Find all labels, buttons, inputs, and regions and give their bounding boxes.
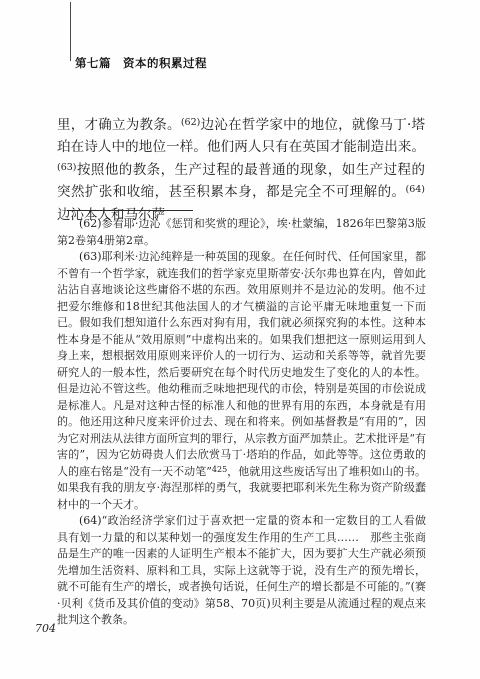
running-header: 第七篇 资本的积累过程 — [75, 55, 207, 71]
footnote-63: (63)耶利米·边沁纯粹是一种英国的现象。在任何时代、任何国家里，都不曾有一个哲… — [57, 249, 426, 513]
footnote-64: (64)“政治经济学家们过于喜欢把一定量的资本和一定数目的工人看做具有划一力量的… — [57, 513, 426, 629]
footnotes-list: (62)参看耶·边沁《惩罚和奖赏的理论》，埃·杜蒙编，1826年巴黎第3版第2卷… — [57, 216, 426, 629]
footnote-ref: (63) — [57, 162, 77, 173]
book-page: 第七篇 资本的积累过程 里，才确立为教条。(62)边沁在哲学家中的地位，就像马丁… — [0, 0, 480, 679]
footnote-separator — [67, 210, 193, 211]
page-number: 704 — [35, 622, 56, 635]
footnote-ref: (64) — [405, 184, 425, 195]
footnote-62: (62)参看耶·边沁《惩罚和奖赏的理论》，埃·杜蒙编，1826年巴黎第3版第2卷… — [57, 216, 426, 249]
footnote-ref: 425 — [212, 465, 227, 474]
fold-mark — [70, 2, 71, 61]
footnote-ref: (62) — [181, 117, 201, 128]
